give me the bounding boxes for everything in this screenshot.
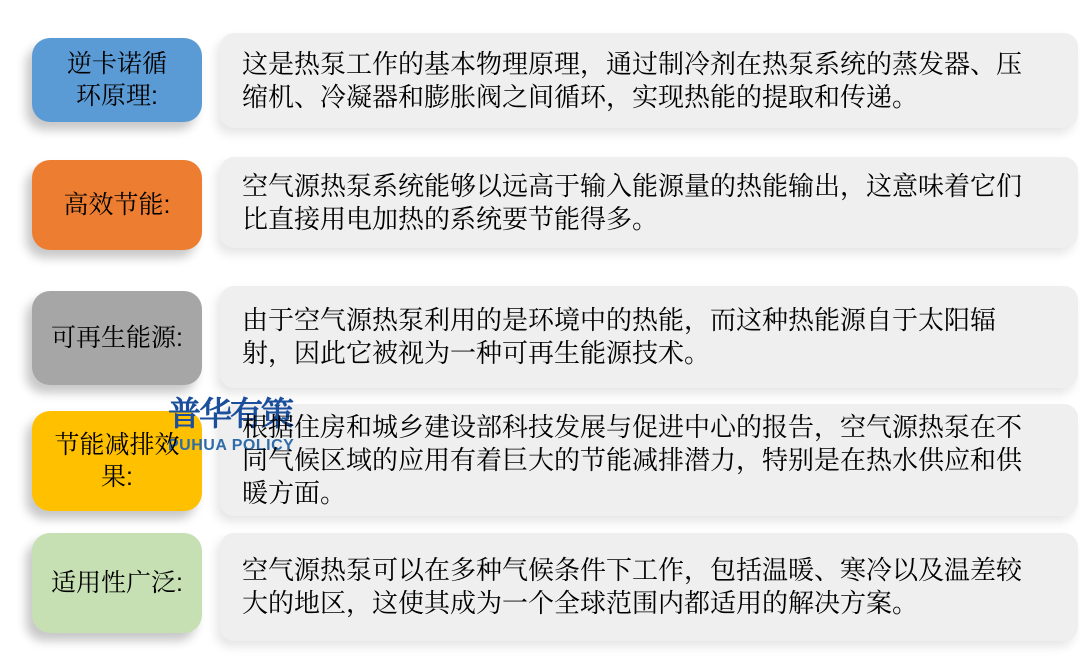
description-panel: 空气源热泵可以在多种气候条件下工作，包括温暖、寒冷以及温差较大的地区，这使其成为… <box>220 533 1078 641</box>
description-text: 空气源热泵可以在多种气候条件下工作，包括温暖、寒冷以及温差较大的地区，这使其成为… <box>220 554 1078 620</box>
label-text: 高效节能: <box>64 189 171 221</box>
label-box: 逆卡诺循 环原理: <box>32 38 202 122</box>
description-panel: 空气源热泵系统能够以远高于输入能源量的热能输出，这意味着它们比直接用电加热的系统… <box>220 157 1078 248</box>
description-text: 空气源热泵系统能够以远高于输入能源量的热能输出，这意味着它们比直接用电加热的系统… <box>220 170 1078 236</box>
infographic-canvas: 这是热泵工作的基本物理原理，通过制冷剂在热泵系统的蒸发器、压缩机、冷凝器和膨胀阀… <box>0 0 1080 665</box>
description-panel: 根据住房和城乡建设部科技发展与促进中心的报告，空气源热泵在不同气候区域的应用有着… <box>220 404 1078 516</box>
description-text: 根据住房和城乡建设部科技发展与促进中心的报告，空气源热泵在不同气候区域的应用有着… <box>220 411 1078 510</box>
description-text: 这是热泵工作的基本物理原理，通过制冷剂在热泵系统的蒸发器、压缩机、冷凝器和膨胀阀… <box>220 48 1078 114</box>
label-box: 可再生能源: <box>32 291 202 385</box>
description-text: 由于空气源热泵利用的是环境中的热能，而这种热能源自于太阳辐射，因此它被视为一种可… <box>220 304 1078 370</box>
label-box: 适用性广泛: <box>32 533 202 633</box>
description-panel: 这是热泵工作的基本物理原理，通过制冷剂在热泵系统的蒸发器、压缩机、冷凝器和膨胀阀… <box>220 33 1078 128</box>
label-text: 适用性广泛: <box>51 567 183 599</box>
label-text: 逆卡诺循 环原理: <box>67 48 167 112</box>
description-panel: 由于空气源热泵利用的是环境中的热能，而这种热能源自于太阳辐射，因此它被视为一种可… <box>220 286 1078 388</box>
label-text: 可再生能源: <box>51 322 183 354</box>
label-text: 节能减排效 果: <box>54 429 179 493</box>
label-box: 高效节能: <box>32 160 202 250</box>
